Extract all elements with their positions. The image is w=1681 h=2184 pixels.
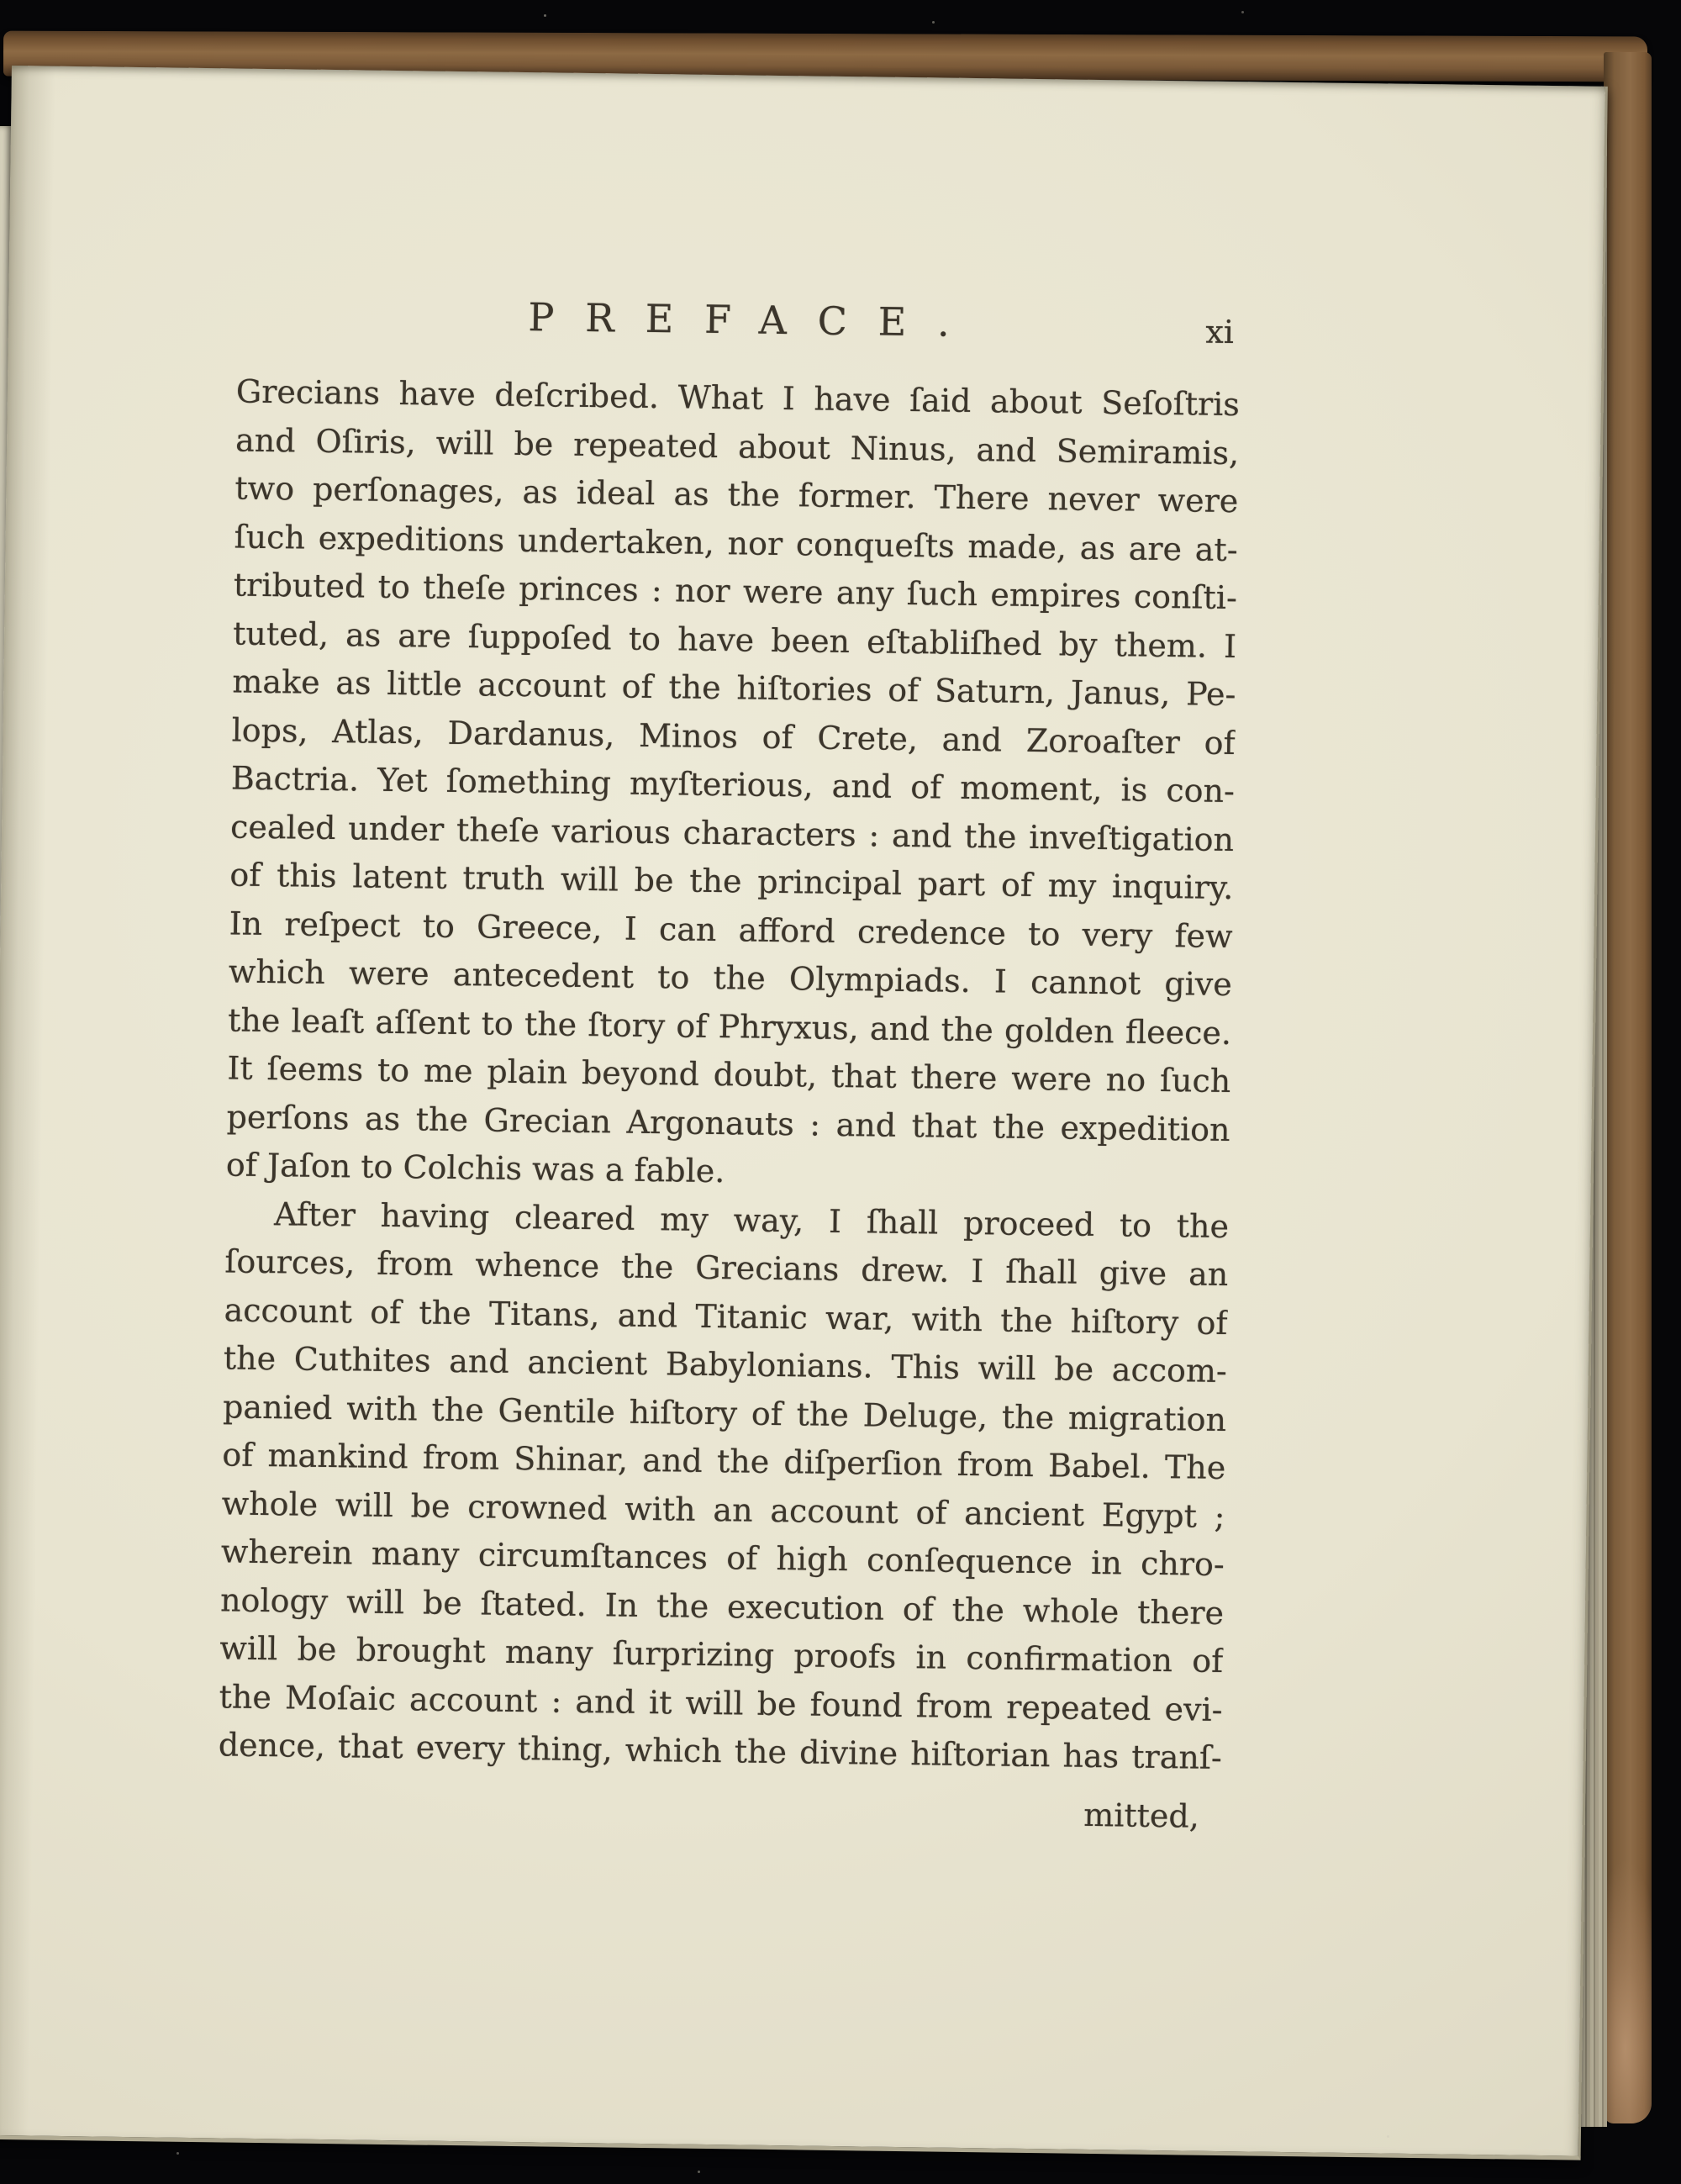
catchword: mitted, <box>218 1785 1221 1835</box>
page-title: PREFACE. <box>237 291 1241 350</box>
dust-specks <box>544 14 546 17</box>
page-number: xi <box>1205 314 1234 351</box>
book-scan: PREFACE. xi Grecians have deſcribed. Wha… <box>0 0 1681 2184</box>
paragraph: Grecians have deſcribed. What I have ſai… <box>226 368 1241 1203</box>
book-page: PREFACE. xi Grecians have deſcribed. Wha… <box>0 66 1608 2160</box>
page-header: PREFACE. xi <box>237 291 1241 358</box>
book-cover-right-edge <box>1604 52 1652 2123</box>
paragraph: After having cleared my way, I ſhall pro… <box>218 1190 1229 1783</box>
text-block: Grecians have deſcribed. What I have ſai… <box>218 368 1240 1783</box>
